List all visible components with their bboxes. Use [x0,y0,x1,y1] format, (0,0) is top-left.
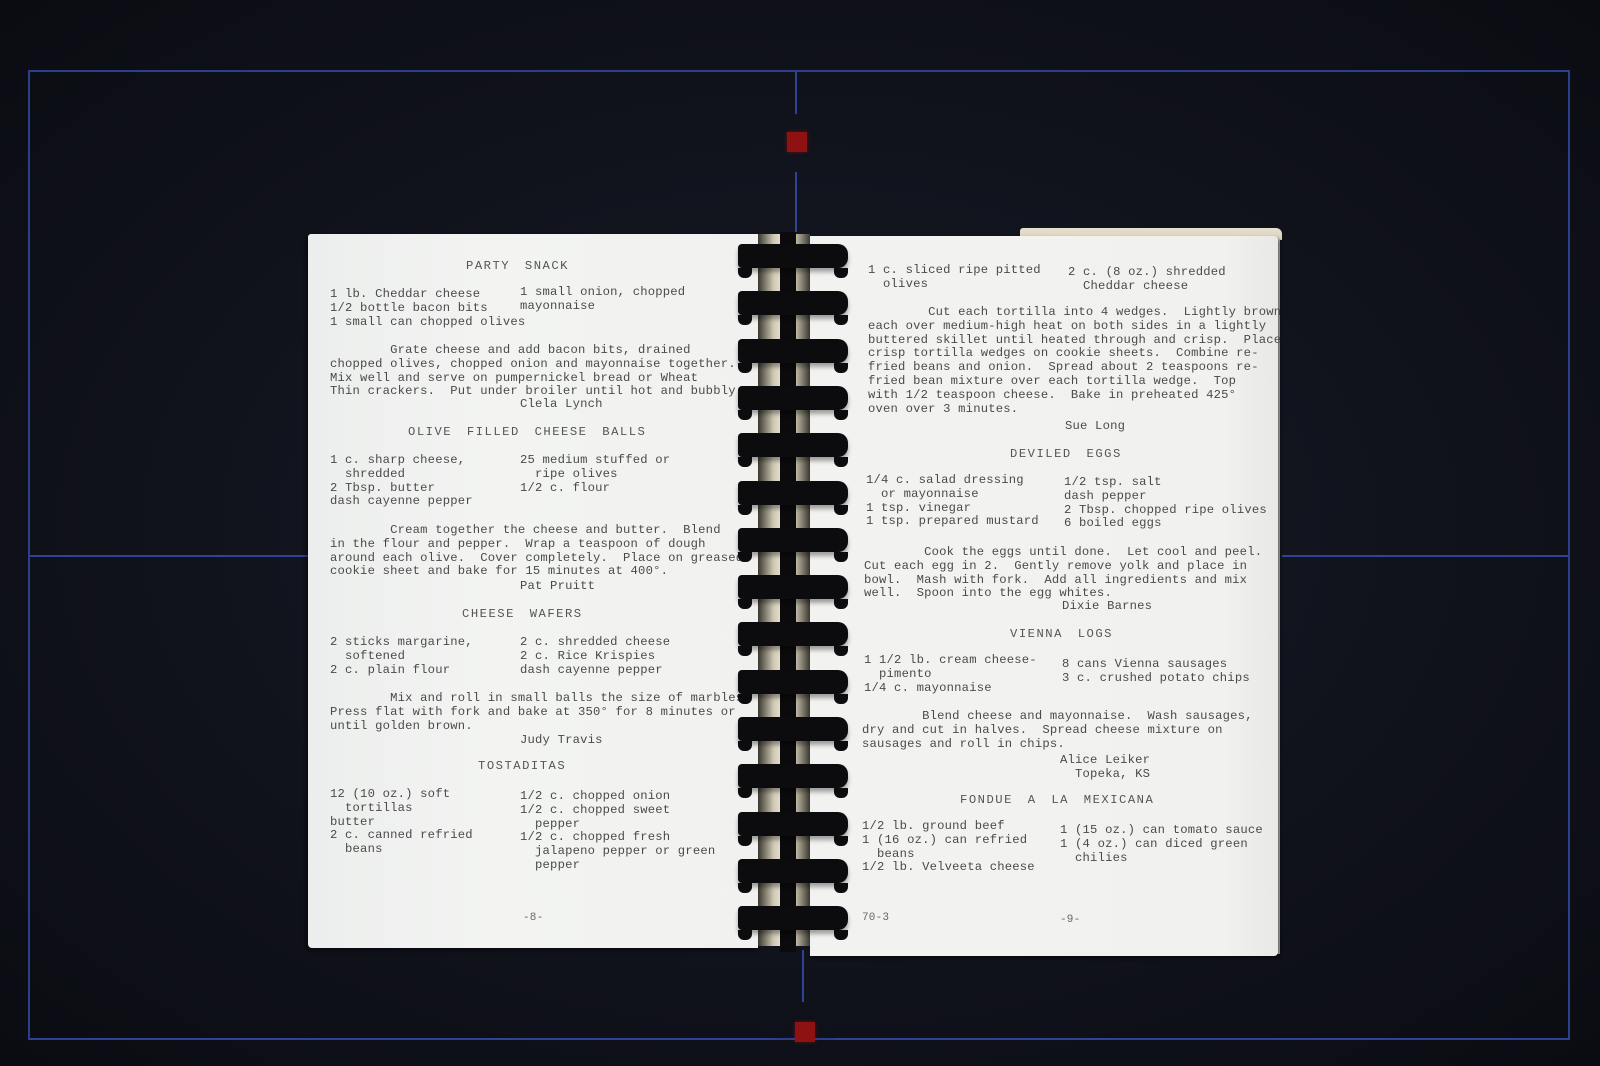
recipe-author: Judy Travis [520,734,603,748]
recipe-title: VIENNA LOGS [1010,628,1113,642]
binding-ring [738,906,848,930]
ingredients-left: 1 1/2 lb. cream cheese- pimento 1/4 c. m… [864,654,1037,695]
upper-center-guide [795,172,797,232]
directions: Cut each tortilla into 4 wedges. Lightly… [868,306,1281,416]
ingredients-right: 2 c. (8 oz.) shredded Cheddar cheese [1068,266,1226,294]
binding-ring [738,812,848,836]
recipe-author: Dixie Barnes [1062,600,1152,614]
ingredients-right: 8 cans Vienna sausages 3 c. crushed pota… [1062,658,1250,686]
ingredients-left: 2 sticks margarine, softened 2 c. plain … [330,636,473,677]
lower-center-guide [802,950,804,1002]
binding-ring [738,528,848,552]
binding-ring [738,575,848,599]
binding-ring [738,433,848,457]
recipe-title: PARTY SNACK [466,260,569,274]
page-code: 70-3 [862,912,889,926]
recipe-title: CHEESE WAFERS [462,608,583,622]
bottom-alignment-marker [795,1022,815,1042]
ingredients-left: 1/4 c. salad dressing or mayonnaise 1 ts… [866,474,1039,529]
directions: Grate cheese and add bacon bits, drained… [330,344,743,399]
recipe-author: Sue Long [1065,420,1125,434]
recipe-author: Alice Leiker Topeka, KS [1060,754,1150,782]
binding-ring [738,339,848,363]
recipe-title: TOSTADITAS [478,760,566,774]
binding-ring [738,244,848,268]
directions: Mix and roll in small balls the size of … [330,692,751,733]
ingredients-right: 1 small onion, chopped mayonnaise [520,286,685,314]
binding-ring [738,291,848,315]
ingredients-left: 1/2 lb. ground beef 1 (16 oz.) can refri… [862,820,1035,875]
binding-ring [738,622,848,646]
binding-ring [738,764,848,788]
top-alignment-marker [787,132,807,152]
ingredients-right: 2 c. shredded cheese 2 c. Rice Krispies … [520,636,670,677]
top-center-guide [795,72,797,114]
directions: Cook the eggs until done. Let cool and p… [864,546,1262,601]
binding-ring [738,481,848,505]
ingredients-right: 1 (15 oz.) can tomato sauce 1 (4 oz.) ca… [1060,824,1263,865]
ingredients-left: 1 c. sharp cheese, shredded 2 Tbsp. butt… [330,454,473,509]
binding-ring [738,859,848,883]
directions: Blend cheese and mayonnaise. Wash sausag… [862,710,1253,751]
recipe-author: Pat Pruitt [520,580,595,594]
bottom-right-guide [835,1038,1570,1040]
bottom-left-guide [30,1038,775,1040]
recipe-title: FONDUE A LA MEXICANA [960,794,1154,808]
left-middle-guide [30,555,310,557]
ingredients-right: 25 medium stuffed or ripe olives 1/2 c. … [520,454,670,495]
page-number: -9- [1060,914,1080,928]
right-middle-guide [1282,555,1569,557]
binding-ring [738,670,848,694]
right-page: 1 c. sliced ripe pitted olives 2 c. (8 o… [810,236,1278,956]
ingredients-left: 1 lb. Cheddar cheese 1/2 bottle bacon bi… [330,288,525,329]
page-number: -8- [523,912,543,926]
ingredients-right: 1/2 c. chopped onion 1/2 c. chopped swee… [520,790,715,873]
binding-ring [738,386,848,410]
left-page: PARTY SNACK 1 lb. Cheddar cheese 1/2 bot… [308,234,758,948]
ingredients-left: 1 c. sliced ripe pitted olives [868,264,1041,292]
directions: Cream together the cheese and butter. Bl… [330,524,743,579]
binding-ring [738,717,848,741]
recipe-author: Clela Lynch [520,398,603,412]
recipe-title: OLIVE FILLED CHEESE BALLS [408,426,646,440]
ingredients-left: 12 (10 oz.) soft tortillas butter 2 c. c… [330,788,473,857]
recipe-title: DEVILED EGGS [1010,448,1122,462]
ingredients-right: 1/2 tsp. salt dash pepper 2 Tbsp. choppe… [1064,476,1267,531]
